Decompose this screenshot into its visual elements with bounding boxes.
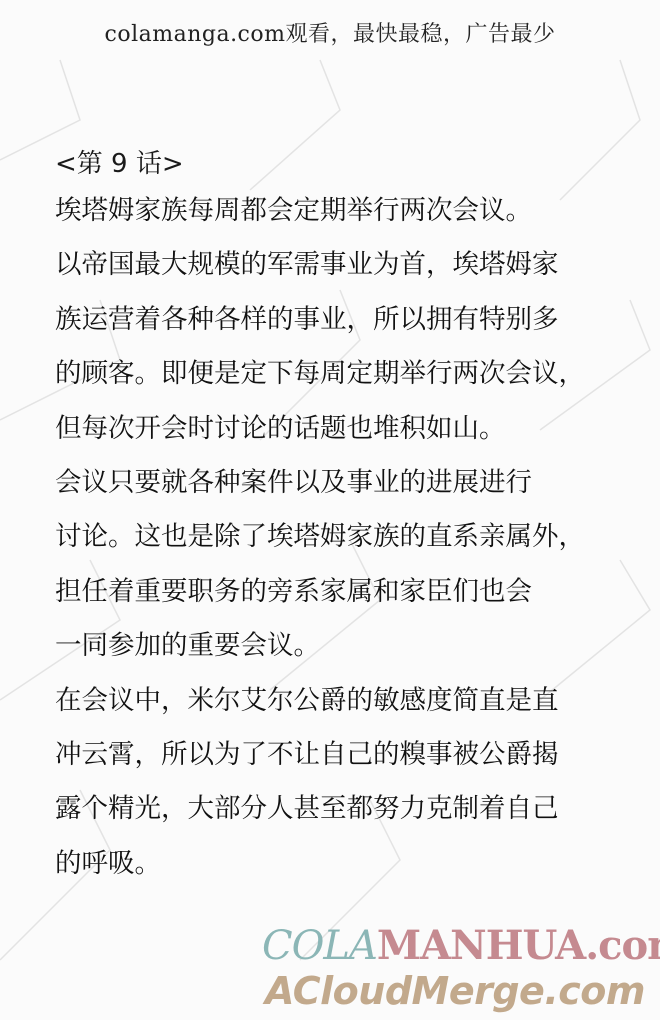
text-line: 讨论。这也是除了埃塔姆家族的直系亲属外， xyxy=(55,522,645,552)
text-line: 露个精光，大部分人甚至都努力克制着自己 xyxy=(55,794,645,824)
watermark-cola: COLA xyxy=(262,923,377,969)
acloudmerge-watermark: ACloudMerge.com xyxy=(265,969,645,1013)
text-line: 埃塔姆家族每周都会定期举行两次会议。 xyxy=(55,196,645,226)
text-line: 会议只要就各种案件以及事业的进展进行 xyxy=(55,468,645,498)
text-line: 以帝国最大规模的军需事业为首，埃塔姆家 xyxy=(55,250,645,280)
text-line: 的呼吸。 xyxy=(55,849,645,879)
text-line: 但每次开会时讨论的话题也堆积如山。 xyxy=(55,414,645,444)
watermark-manhua: MANHUA.com xyxy=(377,922,660,969)
site-banner: colamanga.com观看，最快最稳，广告最少 xyxy=(0,17,660,48)
text-line: 担任着重要职务的旁系家属和家臣们也会 xyxy=(55,577,645,607)
chapter-title: <第 9 话> xyxy=(55,142,645,196)
text-line: 在会议中，米尔艾尔公爵的敏感度简直是直 xyxy=(55,686,645,716)
colamanhua-watermark: COLAMANHUA.com xyxy=(262,922,660,969)
text-line: 一同参加的重要会议。 xyxy=(55,631,645,661)
novel-text-body: <第 9 话> 埃塔姆家族每周都会定期举行两次会议。 以帝国最大规模的军需事业为… xyxy=(55,142,645,903)
text-line: 族运营着各种各样的事业，所以拥有特别多 xyxy=(55,305,645,335)
text-line: 的顾客。即便是定下每周定期举行两次会议， xyxy=(55,359,645,389)
text-line: 冲云霄，所以为了不让自己的糗事被公爵揭 xyxy=(55,740,645,770)
